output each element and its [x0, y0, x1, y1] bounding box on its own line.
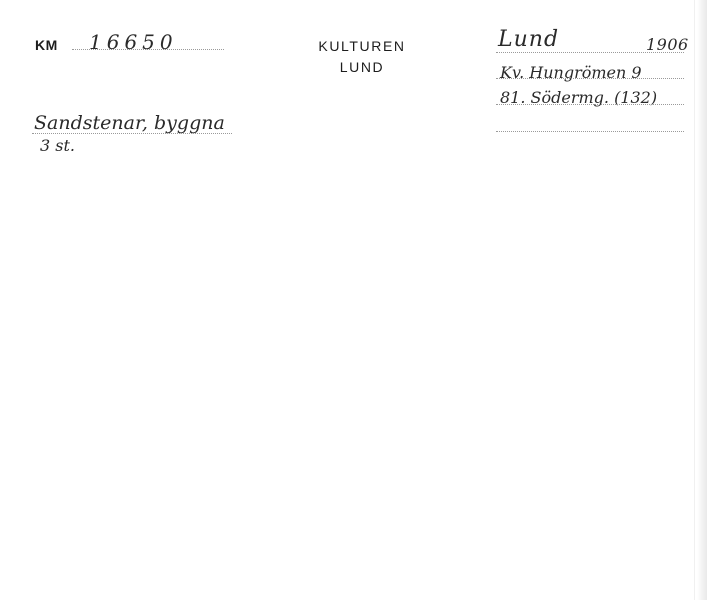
address-line-1-rule: [496, 78, 684, 79]
address-line-1: Kv. Hungrömen 9: [500, 63, 642, 82]
institution-header: KULTUREN LUND: [312, 36, 412, 78]
description-line-2: 3 st.: [40, 136, 75, 155]
catalogue-card: KM 16650 KULTUREN LUND Lund 1906 Kv. Hun…: [0, 0, 707, 600]
card-edge-shadow: [697, 0, 707, 600]
description-line-1: Sandstenar, byggna: [34, 112, 225, 134]
description-rule: [32, 133, 232, 134]
institution-city: LUND: [312, 57, 412, 78]
place-name: Lund: [498, 27, 559, 52]
place-line: [496, 52, 684, 53]
card-edge-line: [694, 0, 695, 600]
blank-rule: [496, 131, 684, 132]
catalogue-prefix-label: KM: [35, 37, 58, 53]
catalogue-number: 16650: [89, 30, 178, 54]
address-line-2-rule: [496, 104, 684, 105]
institution-name: KULTUREN: [312, 36, 412, 57]
